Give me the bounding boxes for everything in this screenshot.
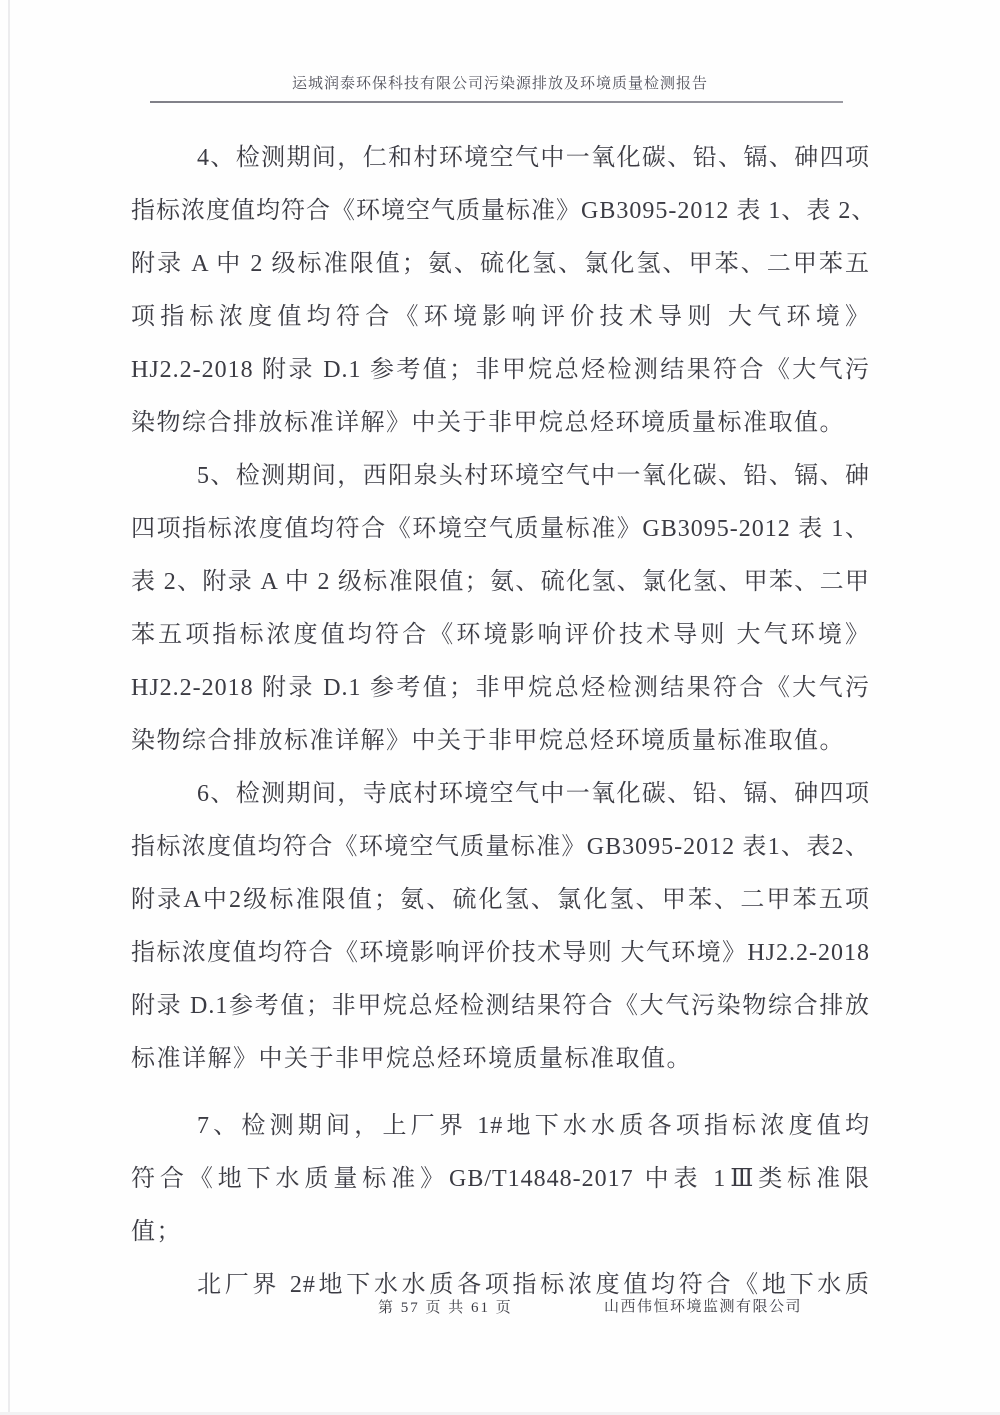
- text-line: 6、检测期间，寺底村环境空气中一氧化碳、铅、镉、砷四项: [131, 768, 870, 821]
- text-line: 附录 A 中 2 级标准限值；氨、硫化氢、氯化氢、甲苯、二甲苯五: [131, 238, 870, 291]
- paragraph-6: 6、检测期间，寺底村环境空气中一氧化碳、铅、镉、砷四项 指标浓度值均符合《环境空…: [131, 768, 870, 1086]
- scan-artifact-left-edge: [8, 0, 10, 1415]
- text-line: 附录A中2级标准限值；氨、硫化氢、氯化氢、甲苯、二甲苯五项: [131, 874, 870, 927]
- text-line: 表 2、附录 A 中 2 级标准限值；氨、硫化氢、氯化氢、甲苯、二甲: [131, 556, 870, 609]
- report-page: 运城润泰环保科技有限公司污染源排放及环境质量检测报告 4、检测期间，仁和村环境空…: [0, 0, 1000, 1415]
- text-line: 值；: [131, 1206, 870, 1259]
- text-line: 指标浓度值均符合《环境空气质量标准》GB3095-2012 表1、表2、: [131, 821, 870, 874]
- paragraph-7: 7、检测期间，上厂界 1#地下水水质各项指标浓度值均 符合《地下水质量标准》GB…: [131, 1100, 870, 1312]
- text-line: HJ2.2-2018 附录 D.1 参考值；非甲烷总烃检测结果符合《大气污: [131, 662, 870, 715]
- paragraph-5: 5、检测期间，西阳泉头村环境空气中一氧化碳、铅、镉、砷 四项指标浓度值均符合《环…: [131, 450, 870, 768]
- text-line: 四项指标浓度值均符合《环境空气质量标准》GB3095-2012 表 1、: [131, 503, 870, 556]
- page-number: 第 57 页 共 61 页: [378, 1296, 513, 1317]
- header-divider: [150, 101, 843, 103]
- text-line: 苯五项指标浓度值均符合《环境影响评价技术导则 大气环境》: [131, 609, 870, 662]
- text-line: 染物综合排放标准详解》中关于非甲烷总烃环境质量标准取值。: [131, 715, 870, 768]
- text-line: 5、检测期间，西阳泉头村环境空气中一氧化碳、铅、镉、砷: [131, 450, 870, 503]
- text-line: 附录 D.1参考值；非甲烷总烃检测结果符合《大气污染物综合排放: [131, 980, 870, 1033]
- paragraph-4: 4、检测期间，仁和村环境空气中一氧化碳、铅、镉、砷四项 指标浓度值均符合《环境空…: [131, 132, 870, 450]
- text-line: 项指标浓度值均符合《环境影响评价技术导则 大气环境》: [131, 291, 870, 344]
- text-line: HJ2.2-2018 附录 D.1 参考值；非甲烷总烃检测结果符合《大气污: [131, 344, 870, 397]
- report-header-title: 运城润泰环保科技有限公司污染源排放及环境质量检测报告: [0, 72, 1000, 93]
- text-line: 7、检测期间，上厂界 1#地下水水质各项指标浓度值均: [131, 1100, 870, 1153]
- report-body: 4、检测期间，仁和村环境空气中一氧化碳、铅、镉、砷四项 指标浓度值均符合《环境空…: [131, 132, 870, 1312]
- text-line: 指标浓度值均符合《环境空气质量标准》GB3095-2012 表 1、表 2、: [131, 185, 870, 238]
- footer-company-name: 山西伟恒环境监测有限公司: [604, 1295, 802, 1316]
- text-line: 标准详解》中关于非甲烷总烃环境质量标准取值。: [131, 1033, 870, 1086]
- text-line: 指标浓度值均符合《环境影响评价技术导则 大气环境》HJ2.2-2018: [131, 927, 870, 980]
- text-line: 符合《地下水质量标准》GB/T14848-2017 中表 1Ⅲ类标准限: [131, 1153, 870, 1206]
- text-line: 染物综合排放标准详解》中关于非甲烷总烃环境质量标准取值。: [131, 397, 870, 450]
- text-line: 4、检测期间，仁和村环境空气中一氧化碳、铅、镉、砷四项: [131, 132, 870, 185]
